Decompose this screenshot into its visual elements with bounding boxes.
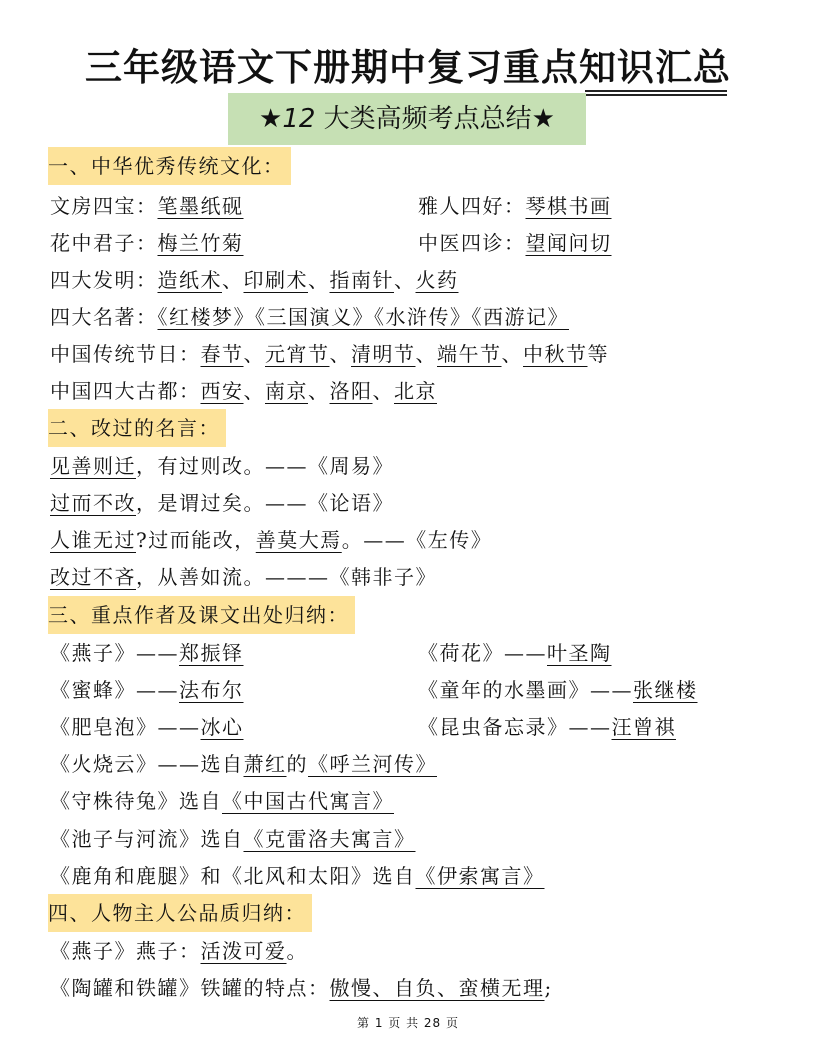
separator: 、: [222, 268, 244, 292]
suffix: 等: [588, 342, 610, 366]
quote-text: ?过而能改，: [136, 528, 256, 552]
work-title: 《鹿角和鹿腿》和《北风和太阳》选自: [50, 864, 416, 888]
author-line: 《蜜蜂》——法布尔: [50, 672, 244, 708]
character: 《燕子》燕子：: [50, 939, 201, 963]
work-title: 《火烧云》——选自: [50, 752, 244, 776]
label: 四大发明：: [50, 268, 158, 292]
culture-line: 中医四诊：望闻问切: [418, 225, 612, 261]
work-title: 《燕子》——: [50, 641, 179, 665]
answer: 叶圣陶: [547, 641, 612, 665]
label: 中医四诊：: [418, 231, 526, 255]
separator: 、: [244, 379, 266, 403]
answer: 指南针: [330, 268, 395, 292]
answer: 汪曾祺: [612, 715, 677, 739]
answer: 法布尔: [179, 678, 244, 702]
separator: 、: [502, 342, 524, 366]
quote-text: ，有过则改。——《周易》: [136, 454, 394, 478]
separator: 、: [394, 268, 416, 292]
section-heading-3: 三、重点作者及课文出处归纳：: [48, 596, 355, 634]
answer: 笔墨纸砚: [158, 194, 244, 218]
title-double-underline: [585, 90, 727, 96]
festivals-line: 中国传统节日：春节、元宵节、清明节、端午节、中秋节等: [50, 336, 609, 372]
separator: 、: [330, 342, 352, 366]
answer: 《伊索寓言》: [416, 864, 545, 888]
punctuation: ;: [545, 976, 553, 1000]
author-line: 《昆虫备忘录》——汪曾祺: [418, 709, 676, 745]
answer: 琴棋书画: [526, 194, 612, 218]
answer: 善莫大焉: [256, 528, 342, 552]
answer: 张继楼: [633, 678, 698, 702]
section-heading-1: 一、中华优秀传统文化：: [48, 147, 291, 185]
source-line: 《池子与河流》选自《克雷洛夫寓言》: [50, 821, 416, 857]
star-icon: ★: [259, 104, 282, 134]
character: 《陶罐和铁罐》铁罐的特点：: [50, 976, 330, 1000]
work-title: 《童年的水墨画》——: [418, 678, 633, 702]
answer: 郑振铎: [179, 641, 244, 665]
source-line: 《守株待兔》选自《中国古代寓言》: [50, 783, 394, 819]
work-title: 《昆虫备忘录》——: [418, 715, 612, 739]
work-title: 《肥皂泡》——: [50, 715, 201, 739]
answer: 清明节: [351, 342, 416, 366]
inventions-line: 四大发明：造纸术、印刷术、指南针、火药: [50, 262, 459, 298]
author-line: 《肥皂泡》——冰心: [50, 709, 244, 745]
quote-text: 。——《左传》: [342, 528, 493, 552]
star-icon: ★: [532, 104, 555, 134]
answer: 南京: [265, 379, 308, 403]
section-heading-4: 四、人物主人公品质归纳：: [48, 894, 312, 932]
answer: 活泼可爱: [201, 939, 287, 963]
label: 雅人四好：: [418, 194, 526, 218]
answer: 西安: [201, 379, 244, 403]
subtitle-text: 大类高频考点总结: [315, 104, 531, 134]
answer: 改过不吝: [50, 565, 136, 589]
work-title: 《蜜蜂》——: [50, 678, 179, 702]
culture-line: 文房四宝：笔墨纸砚: [50, 188, 244, 224]
answer: 造纸术: [158, 268, 223, 292]
connector: 的: [287, 752, 309, 776]
label: 四大名著：: [50, 305, 158, 329]
answer: 过而不改: [50, 491, 136, 515]
culture-line: 花中君子：梅兰竹菊: [50, 225, 244, 261]
document-title: 三年级语文下册期中复习重点知识汇总: [0, 44, 816, 92]
quote-line: 过而不改，是谓过矣。——《论语》: [50, 485, 394, 521]
answer: 北京: [394, 379, 437, 403]
label: 中国四大古都：: [50, 379, 201, 403]
answer: 端午节: [437, 342, 502, 366]
capitals-line: 中国四大古都：西安、南京、洛阳、北京: [50, 373, 437, 409]
separator: 、: [308, 379, 330, 403]
separator: 、: [373, 379, 395, 403]
separator: 、: [244, 342, 266, 366]
answer: 《红楼梦》《三国演义》《水浒传》《西游记》: [158, 305, 570, 329]
source-line: 《鹿角和鹿腿》和《北风和太阳》选自《伊索寓言》: [50, 858, 545, 894]
answer: 见善则迁: [50, 454, 136, 478]
section-heading-2: 二、改过的名言：: [48, 409, 226, 447]
subtitle-banner: ★12 大类高频考点总结★: [228, 93, 586, 145]
answer: 冰心: [201, 715, 244, 739]
author-line: 《童年的水墨画》——张继楼: [418, 672, 698, 708]
punctuation: 。: [287, 939, 309, 963]
answer: 梅兰竹菊: [158, 231, 244, 255]
answer: 火药: [416, 268, 459, 292]
author-line: 《燕子》——郑振铎: [50, 635, 244, 671]
subtitle-number: 12: [282, 104, 315, 134]
answer: 春节: [201, 342, 244, 366]
culture-line: 雅人四好：琴棋书画: [418, 188, 612, 224]
answer: 洛阳: [330, 379, 373, 403]
classics-line: 四大名著：《红楼梦》《三国演义》《水浒传》《西游记》: [50, 299, 569, 335]
trait-line: 《陶罐和铁罐》铁罐的特点：傲慢、自负、蛮横无理;: [50, 970, 553, 1006]
answer: 萧红: [244, 752, 287, 776]
author-line: 《荷花》——叶圣陶: [418, 635, 612, 671]
work-title: 《守株待兔》选自: [50, 789, 222, 813]
label: 中国传统节日：: [50, 342, 201, 366]
trait-line: 《燕子》燕子：活泼可爱。: [50, 933, 308, 969]
answer: 印刷术: [244, 268, 309, 292]
answer: 中秋节: [523, 342, 588, 366]
quote-text: ，从善如流。———《韩非子》: [136, 565, 437, 589]
answer: 《呼兰河传》: [308, 752, 437, 776]
quote-line: 改过不吝，从善如流。———《韩非子》: [50, 559, 437, 595]
label: 文房四宝：: [50, 194, 158, 218]
source-line: 《火烧云》——选自萧红的《呼兰河传》: [50, 746, 437, 782]
answer: 傲慢、自负、蛮横无理: [330, 976, 545, 1000]
answer: 人谁无过: [50, 528, 136, 552]
work-title: 《荷花》——: [418, 641, 547, 665]
answer: 《中国古代寓言》: [222, 789, 394, 813]
quote-text: ，是谓过矣。——《论语》: [136, 491, 394, 515]
answer: 元宵节: [265, 342, 330, 366]
separator: 、: [308, 268, 330, 292]
separator: 、: [416, 342, 438, 366]
page-number: 第 1 页 共 28 页: [0, 1014, 816, 1031]
quote-line: 人谁无过?过而能改，善莫大焉。——《左传》: [50, 522, 492, 558]
answer: 《克雷洛夫寓言》: [244, 827, 416, 851]
quote-line: 见善则迁，有过则改。——《周易》: [50, 448, 394, 484]
label: 花中君子：: [50, 231, 158, 255]
answer: 望闻问切: [526, 231, 612, 255]
work-title: 《池子与河流》选自: [50, 827, 244, 851]
